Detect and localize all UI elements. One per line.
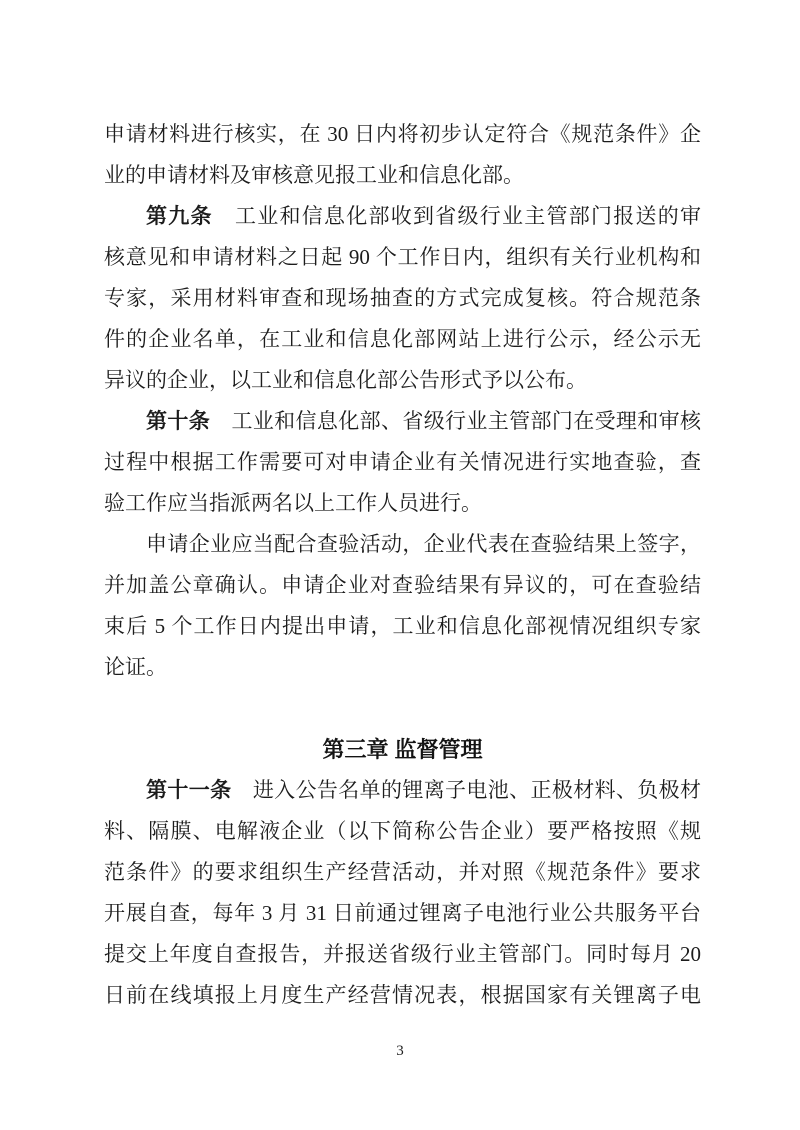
page-number: 3	[0, 1040, 800, 1062]
chapter-heading: 第三章 监督管理	[104, 729, 701, 770]
line-text: 专家，采用材料审查和现场抽查的方式完成复核。符合规范条	[104, 286, 701, 310]
line-text: 核意见和申请材料之日起 90 个工作日内，组织有关行业机构和	[104, 245, 701, 269]
document-line: 料、隔膜、电解液企业（以下简称公告企业）要严格按照《规	[104, 811, 701, 852]
line-text: 提交上年度自查报告，并报送省级行业主管部门。同时每月 20	[104, 942, 701, 966]
line-text: 工业和信息化部收到省级行业主管部门报送的审	[213, 204, 701, 228]
document-line: 专家，采用材料审查和现场抽查的方式完成复核。符合规范条	[104, 278, 701, 319]
line-text: 业的申请材料及审核意见报工业和信息化部。	[104, 163, 524, 187]
line-text: 论证。	[104, 655, 167, 679]
article-number: 第九条	[146, 205, 213, 228]
document-page: 申请材料进行核实，在 30 日内将初步认定符合《规范条件》企 业的申请材料及审核…	[0, 0, 800, 1130]
line-text: 件的企业名单，在工业和信息化部网站上进行公示，经公示无	[104, 327, 701, 351]
document-body: 申请材料进行核实，在 30 日内将初步认定符合《规范条件》企 业的申请材料及审核…	[104, 114, 701, 1016]
article-number: 第十条	[146, 410, 210, 433]
line-text: 过程中根据工作需要可对申请企业有关情况进行实地查验，查	[104, 450, 701, 474]
document-line: 第九条 工业和信息化部收到省级行业主管部门报送的审	[104, 196, 701, 237]
line-text: 开展自查，每年 3 月 31 日前通过锂离子电池行业公共服务平台	[104, 901, 701, 925]
document-line: 开展自查，每年 3 月 31 日前通过锂离子电池行业公共服务平台	[104, 893, 701, 934]
line-text: 料、隔膜、电解液企业（以下简称公告企业）要严格按照《规	[104, 819, 701, 843]
line-text: 进入公告名单的锂离子电池、正极材料、负极材	[231, 778, 701, 802]
document-line: 范条件》的要求组织生产经营活动，并对照《规范条件》要求	[104, 852, 701, 893]
document-line: 申请企业应当配合查验活动，企业代表在查验结果上签字，	[104, 524, 701, 565]
document-line: 核意见和申请材料之日起 90 个工作日内，组织有关行业机构和	[104, 237, 701, 278]
article-number: 第十一条	[146, 779, 231, 802]
document-line: 验工作应当指派两名以上工作人员进行。	[104, 483, 701, 524]
line-text: 范条件》的要求组织生产经营活动，并对照《规范条件》要求	[104, 860, 701, 884]
document-line: 提交上年度自查报告，并报送省级行业主管部门。同时每月 20	[104, 934, 701, 975]
document-line: 束后 5 个工作日内提出申请，工业和信息化部视情况组织专家	[104, 606, 701, 647]
document-line: 第十条 工业和信息化部、省级行业主管部门在受理和审核	[104, 401, 701, 442]
line-text: 束后 5 个工作日内提出申请，工业和信息化部视情况组织专家	[104, 614, 701, 638]
line-text: 申请企业应当配合查验活动，企业代表在查验结果上签字，	[146, 532, 701, 556]
blank-line	[104, 688, 701, 729]
document-line: 论证。	[104, 647, 701, 688]
line-text: 日前在线填报上月度生产经营情况表，根据国家有关锂离子电	[104, 983, 701, 1007]
document-line: 过程中根据工作需要可对申请企业有关情况进行实地查验，查	[104, 442, 701, 483]
document-line: 第十一条 进入公告名单的锂离子电池、正极材料、负极材	[104, 770, 701, 811]
line-text: 验工作应当指派两名以上工作人员进行。	[104, 491, 482, 515]
document-line: 业的申请材料及审核意见报工业和信息化部。	[104, 155, 701, 196]
document-line: 日前在线填报上月度生产经营情况表，根据国家有关锂离子电	[104, 975, 701, 1016]
document-line: 申请材料进行核实，在 30 日内将初步认定符合《规范条件》企	[104, 114, 701, 155]
document-line: 件的企业名单，在工业和信息化部网站上进行公示，经公示无	[104, 319, 701, 360]
line-text: 申请材料进行核实，在 30 日内将初步认定符合《规范条件》企	[104, 122, 701, 146]
document-line: 并加盖公章确认。申请企业对查验结果有异议的，可在查验结	[104, 565, 701, 606]
line-text: 异议的企业，以工业和信息化部公告形式予以公布。	[104, 368, 587, 392]
document-line: 异议的企业，以工业和信息化部公告形式予以公布。	[104, 360, 701, 401]
line-text: 工业和信息化部、省级行业主管部门在受理和审核	[210, 409, 701, 433]
line-text: 并加盖公章确认。申请企业对查验结果有异议的，可在查验结	[104, 573, 701, 597]
